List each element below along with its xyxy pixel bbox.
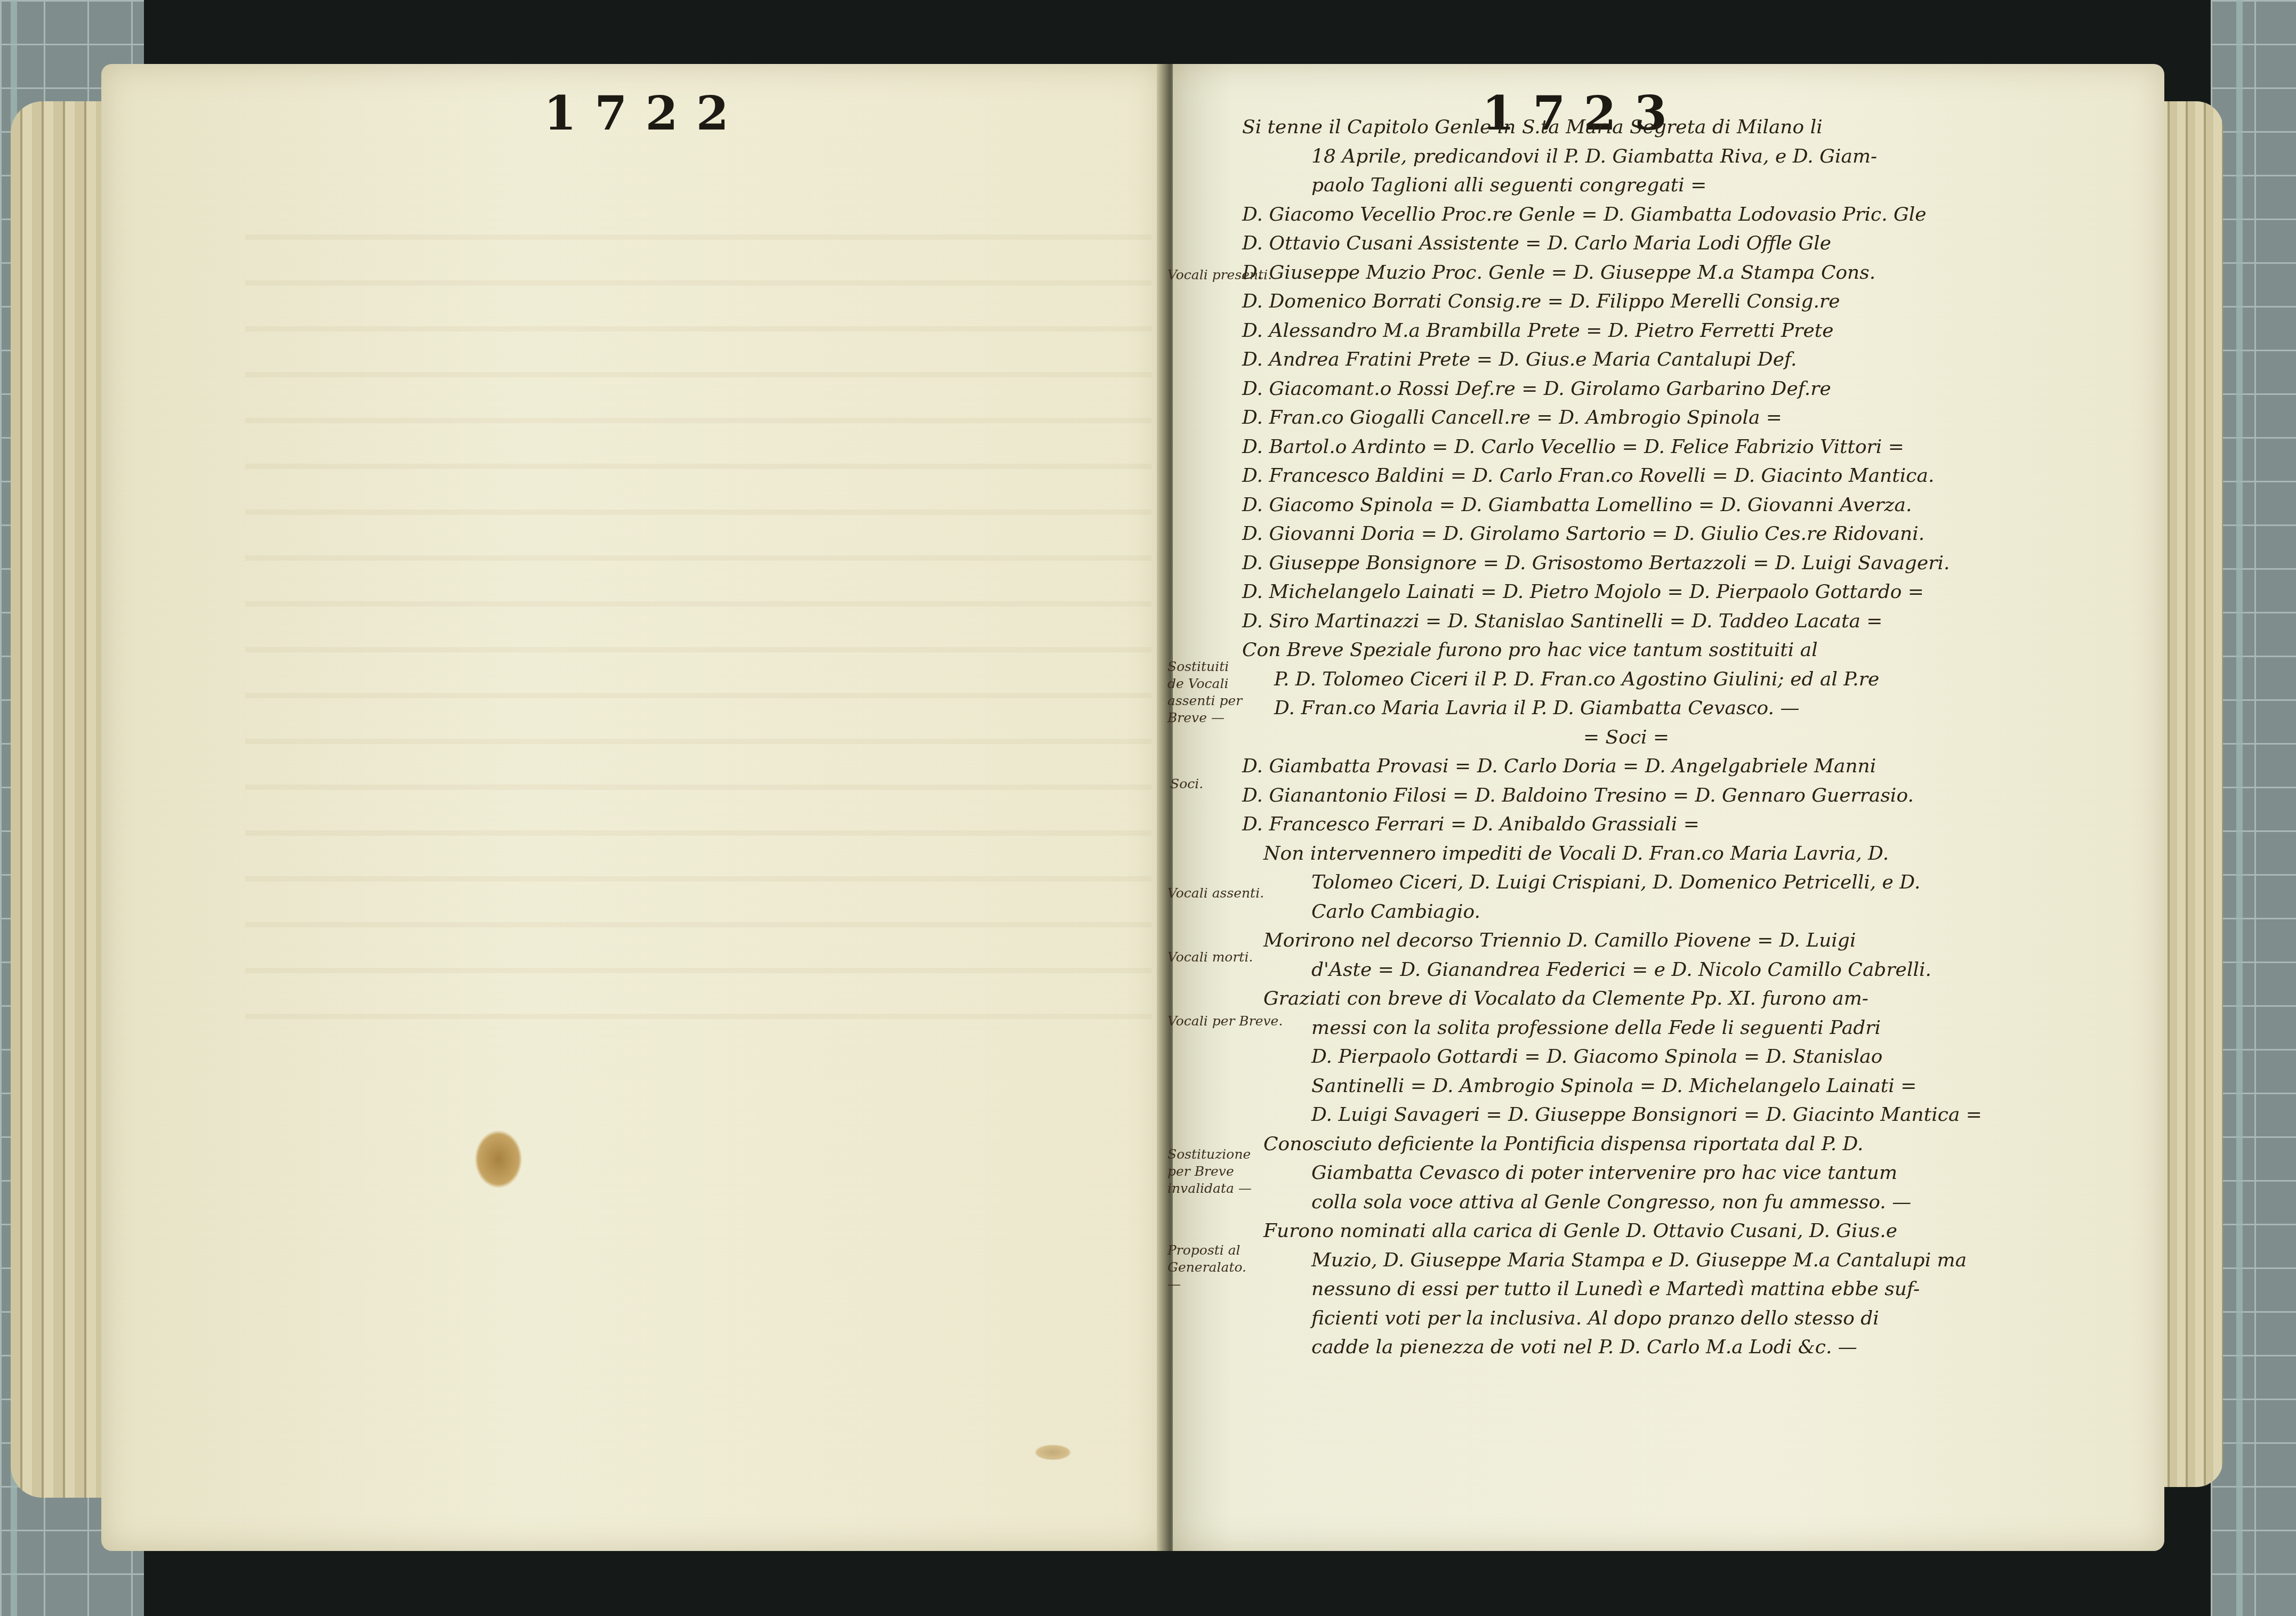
section-heading-soci: = Soci = — [1242, 723, 2138, 753]
year-heading-left: 1722 — [544, 85, 747, 141]
text-line: D. Giacomant.o Rossi Def.re = D. Girolam… — [1242, 375, 2138, 404]
text-line: paolo Taglioni alli seguenti congregati … — [1242, 171, 2138, 200]
left-page — [101, 64, 1162, 1551]
glass-plate-edge-right — [2236, 0, 2243, 1616]
text-line: D. Giacomo Spinola = D. Giambatta Lomell… — [1242, 491, 2138, 520]
foxing-stain — [474, 1130, 522, 1189]
margin-note-vocali-per-breve: Vocali per Breve. — [1167, 1013, 1283, 1030]
margin-note-sostituzione-invalidata: Sostituzione per Breve invalidata — — [1167, 1146, 1253, 1197]
text-line: nessuno di essi per tutto il Lunedì e Ma… — [1242, 1275, 2138, 1304]
text-line: D. Francesco Ferrari = D. Anibaldo Grass… — [1242, 810, 2138, 839]
text-line: D. Gianantonio Filosi = D. Baldoino Tres… — [1242, 781, 2138, 811]
page-stack-right — [2159, 101, 2223, 1487]
text-line: D. Giuseppe Bonsignore = D. Grisostomo B… — [1242, 549, 2138, 578]
text-line: D. Fran.co Giogalli Cancell.re = D. Ambr… — [1242, 403, 2138, 433]
text-line: D. Fran.co Maria Lavria il P. D. Giambat… — [1242, 694, 2138, 723]
text-line: D. Siro Martinazzi = D. Stanislao Santin… — [1242, 607, 2138, 636]
text-line: ficienti voti per la inclusiva. Al dopo … — [1242, 1304, 2138, 1334]
text-line: D. Michelangelo Lainati = D. Pietro Mojo… — [1242, 578, 2138, 607]
text-line: Si tenne il Capitolo Genle in S.ta Maria… — [1242, 113, 2138, 142]
text-line: D. Luigi Savageri = D. Giuseppe Bonsigno… — [1242, 1101, 2138, 1130]
text-line: Tolomeo Ciceri, D. Luigi Crispiani, D. D… — [1242, 868, 2138, 898]
text-line: d'Aste = D. Gianandrea Federici = e D. N… — [1242, 956, 2138, 985]
text-line: D. Giacomo Vecellio Proc.re Genle = D. G… — [1242, 200, 2138, 230]
text-line: P. D. Tolomeo Ciceri il P. D. Fran.co Ag… — [1242, 665, 2138, 694]
copy-stand-grid-right — [2211, 0, 2296, 1616]
text-line: D. Pierpaolo Gottardi = D. Giacomo Spino… — [1242, 1043, 2138, 1072]
foxing-stain-small — [1034, 1444, 1072, 1460]
text-line: D. Bartol.o Ardinto = D. Carlo Vecellio … — [1242, 433, 2138, 462]
text-line: Furono nominati alla carica di Genle D. … — [1242, 1217, 2138, 1246]
margin-note-vocali-assenti: Vocali assenti. — [1167, 885, 1264, 902]
text-line: Non intervennero impediti de Vocali D. F… — [1242, 839, 2138, 869]
text-line: Giambatta Cevasco di poter intervenire p… — [1242, 1159, 2138, 1188]
text-line: Carlo Cambiagio. — [1242, 898, 2138, 927]
manuscript-text: Si tenne il Capitolo Genle in S.ta Maria… — [1242, 113, 2138, 1362]
text-line: D. Alessandro M.a Brambilla Prete = D. P… — [1242, 317, 2138, 346]
text-line: D. Domenico Borrati Consig.re = D. Filip… — [1242, 287, 2138, 317]
text-line: D. Andrea Fratini Prete = D. Gius.e Mari… — [1242, 345, 2138, 375]
text-line: Graziati con breve di Vocalato da Clemen… — [1242, 984, 2138, 1014]
ink-bleed-through — [245, 203, 1151, 1055]
text-line: 18 Aprile, predicandovi il P. D. Giambat… — [1242, 142, 2138, 172]
text-line: cadde la pienezza de voti nel P. D. Carl… — [1242, 1333, 2138, 1362]
margin-note-soci: Soci. — [1170, 775, 1203, 793]
margin-note-vocali-presenti: Vocali presenti. — [1167, 266, 1272, 284]
text-line: D. Giovanni Doria = D. Girolamo Sartorio… — [1242, 520, 2138, 549]
margin-note-proposti-generalato: Proposti al Generalato. — — [1167, 1242, 1253, 1293]
margin-note-vocali-morti: Vocali morti. — [1167, 949, 1253, 966]
text-line: colla sola voce attiva al Genle Congress… — [1242, 1188, 2138, 1217]
text-line: Muzio, D. Giuseppe Maria Stampa e D. Giu… — [1242, 1246, 2138, 1275]
text-line: Con Breve Speziale furono pro hac vice t… — [1242, 636, 2138, 665]
text-line: Morirono nel decorso Triennio D. Camillo… — [1242, 926, 2138, 956]
text-line: D. Francesco Baldini = D. Carlo Fran.co … — [1242, 462, 2138, 491]
margin-note-sostituiti: Sostituiti de Vocali assenti per Breve — — [1167, 658, 1247, 726]
text-line: Santinelli = D. Ambrogio Spinola = D. Mi… — [1242, 1072, 2138, 1101]
text-line: D. Giuseppe Muzio Proc. Genle = D. Giuse… — [1242, 258, 2138, 288]
text-line: Conosciuto deficiente la Pontificia disp… — [1242, 1130, 2138, 1159]
text-line: messi con la solita professione della Fe… — [1242, 1014, 2138, 1043]
text-line: D. Ottavio Cusani Assistente = D. Carlo … — [1242, 229, 2138, 258]
text-line: D. Giambatta Provasi = D. Carlo Doria = … — [1242, 752, 2138, 781]
